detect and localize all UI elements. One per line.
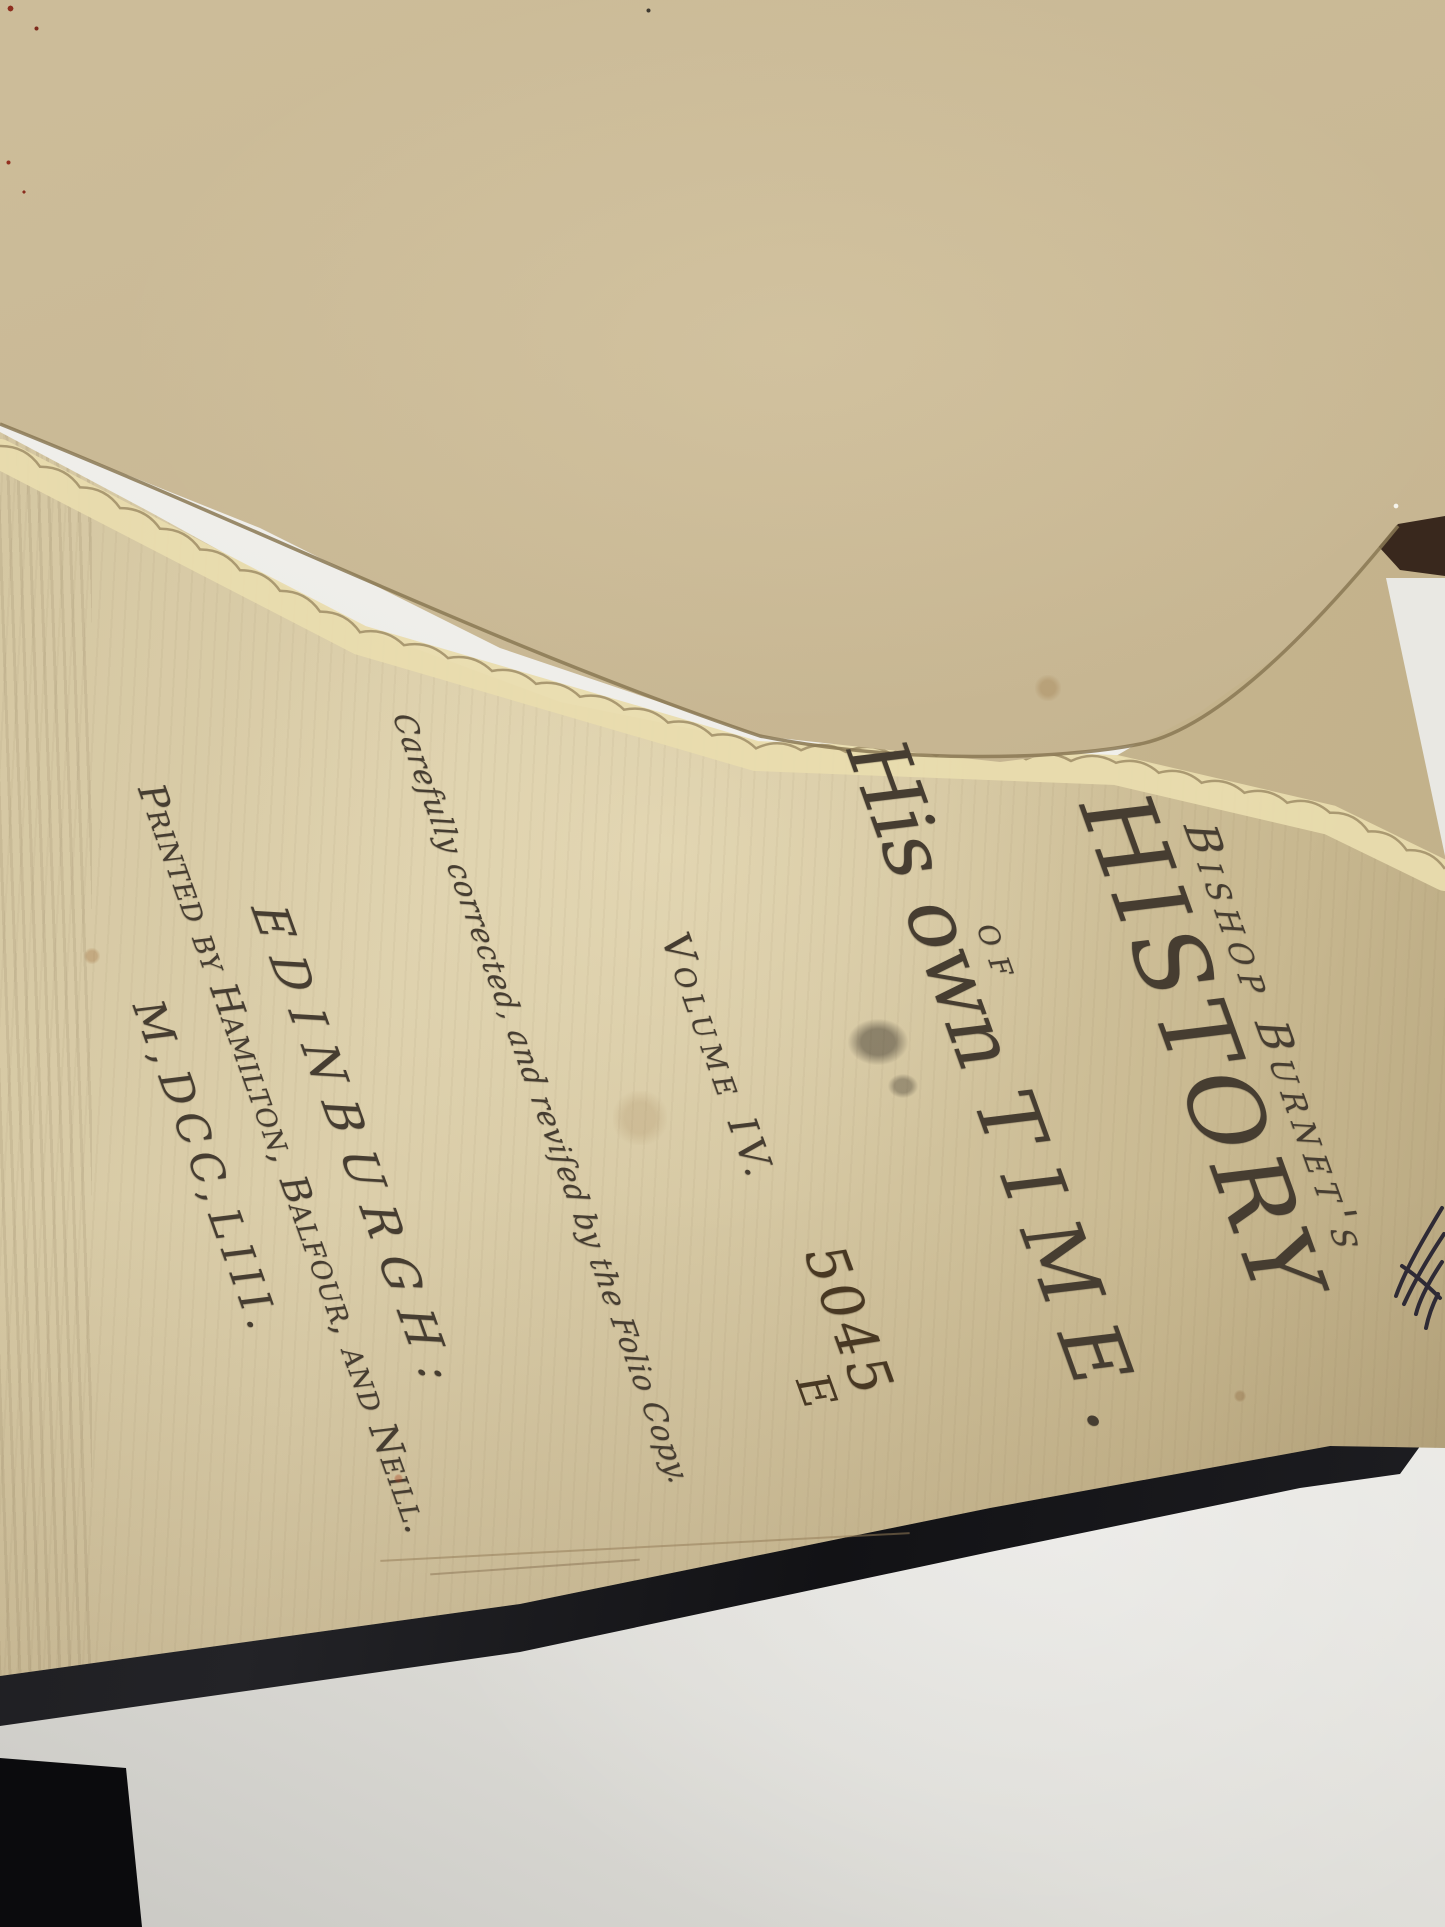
title-line-corrected: Carefully corrected, and reviſed by the … (304, 486, 779, 1712)
title-time-main: TIME. (952, 1087, 1179, 1459)
book-photo: Bishop Burnet's HISTORY OF His own TIME.… (0, 0, 1445, 1927)
title-time-lead: His own (825, 736, 1049, 1099)
